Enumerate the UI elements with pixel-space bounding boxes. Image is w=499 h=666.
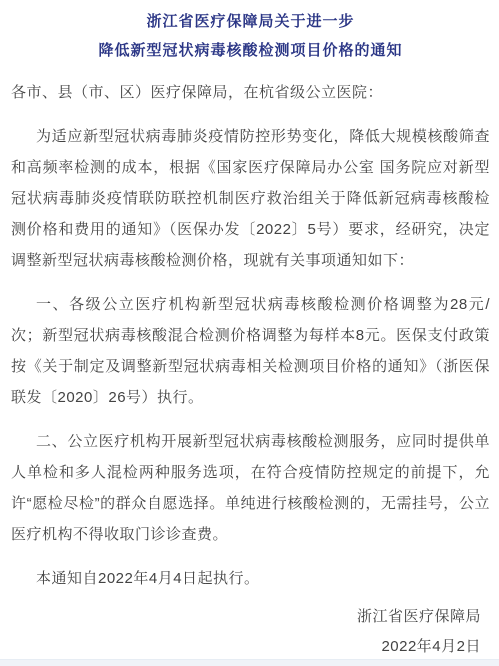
document-title-line2: 降低新型冠状病毒核酸检测项目价格的通知 (11, 36, 490, 65)
signature-date: 2022年4月2日 (11, 632, 481, 662)
salutation: 各市、县（市、区）医疗保障局，在杭省级公立医院： (11, 77, 490, 108)
document-title-line1: 浙江省医疗保障局关于进一步 (11, 7, 490, 36)
paragraph-item-2: 二、公立医疗机构开展新型冠状病毒核酸检测服务，应同时提供单人单检和多人混检两种服… (11, 426, 490, 550)
signature-org: 浙江省医疗保障局 (11, 602, 481, 632)
paragraph-item-1: 一、各级公立医疗机构新型冠状病毒核酸检测价格调整为28元/次；新型冠状病毒核酸混… (11, 289, 490, 413)
document-title: 浙江省医疗保障局关于进一步 降低新型冠状病毒核酸检测项目价格的通知 (11, 7, 490, 65)
signature-block: 浙江省医疗保障局 2022年4月2日 (11, 602, 490, 662)
paragraph-effective-date: 本通知自2022年4月4日起执行。 (11, 563, 490, 594)
notice-document: 浙江省医疗保障局关于进一步 降低新型冠状病毒核酸检测项目价格的通知 各市、县（市… (0, 0, 499, 666)
bottom-strip (0, 659, 499, 666)
paragraph-intro: 为适应新型冠状病毒肺炎疫情防控形势变化，降低大规模核酸筛查和高频率检测的成本，根… (11, 121, 490, 276)
